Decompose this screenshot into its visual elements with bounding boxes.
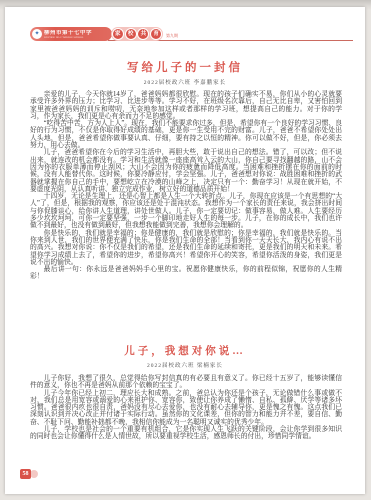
badge-circle-icon: 校 — [125, 28, 137, 40]
letter1-paragraph: 十四岁，无论是生理上，还是心智上都是人生一个大转折点。儿子，你现在应该是一个有思… — [30, 193, 342, 229]
issue-label: 第九期 — [166, 33, 178, 39]
badge-circle-icon: 育 — [150, 28, 162, 40]
badge-circle-icon: 共 — [137, 28, 149, 40]
letter1-paragraph: 你是快乐的，我们就是幸福的；你是健康的，我们就是欣慰的；你是幸福的，我们就是快乐… — [30, 230, 342, 266]
letter2-paragraph: 儿子今年你已经上初二，理应长大和成熟。之前，爸总认为你还是个孩子，无论做错什么事… — [30, 390, 342, 426]
letter1-paragraph: “吃得苦中苦，方为人上人”。现在，我们不能要求你过多，但是，希望你有一个良好的学… — [30, 120, 342, 149]
school-text-block: 柳州市第十七中学 LIUZHOU NO.17 MIDDLE SCHOOL — [44, 30, 92, 39]
school-logo-icon: ✦ — [32, 29, 42, 39]
letter2-body: 儿子你好，我想了很久，总觉得给你写封信真的有必要且有意义了。你已经十五岁了，能够… — [30, 375, 342, 441]
scanned-page-background: ✦ 柳州市第十七中学 LIUZHOU NO.17 MIDDLE SCHOOL 家… — [0, 0, 371, 500]
school-banner: ✦ 柳州市第十七中学 LIUZHOU NO.17 MIDDLE SCHOOL — [30, 27, 112, 41]
letter1-paragraph: 儿子，爸爸希望你在今后的学习生活中，再胆大些，敢于说出自己的想法。错了，可以改；… — [30, 149, 342, 193]
letter2-paragraph: 儿子，学校也是社会的一个重要有机组合，它是你实现人生飞跃的关键阶段，会让你学到很… — [30, 426, 342, 441]
letter2-title: 儿子，我想对你说… — [5, 343, 365, 358]
magazine-page: ✦ 柳州市第十七中学 LIUZHOU NO.17 MIDDLE SCHOOL 家… — [5, 7, 365, 494]
school-subtitle: LIUZHOU NO.17 MIDDLE SCHOOL — [44, 36, 92, 39]
letter1-body: 亲爱的儿子，今天你就14岁了，爸爸妈妈都很欣慰。现在的孩子们确实不易，你们从小的… — [30, 91, 342, 281]
letter2-byline: 2022届校政六班 梁楠家长 — [5, 361, 365, 369]
letter1-title: 写给儿子的一封信 — [5, 59, 365, 75]
page-number: 58 — [20, 469, 31, 479]
pagenum-decoration — [30, 470, 38, 478]
letter1-paragraph: 最后讲一句：你永远是爸爸妈妈手心里的宝。祝愿你健康快乐，你的前程似锦，祝愿你的人… — [30, 266, 342, 281]
badge-circle-icon: 家 — [112, 28, 124, 40]
letter1-paragraph: 亲爱的儿子，今天你就14岁了，爸爸妈妈都很欣慰。现在的孩子们确实不易，你们从小的… — [30, 91, 342, 120]
letter1-byline: 2022届校政六班 李嘉鹏家长 — [5, 78, 365, 86]
letter2-paragraph: 儿子你好，我想了很久，总觉得给你写封信真的有必要且有意义了。你已经十五岁了，能够… — [30, 375, 342, 390]
column-badges: 家 校 共 育 — [111, 27, 163, 41]
